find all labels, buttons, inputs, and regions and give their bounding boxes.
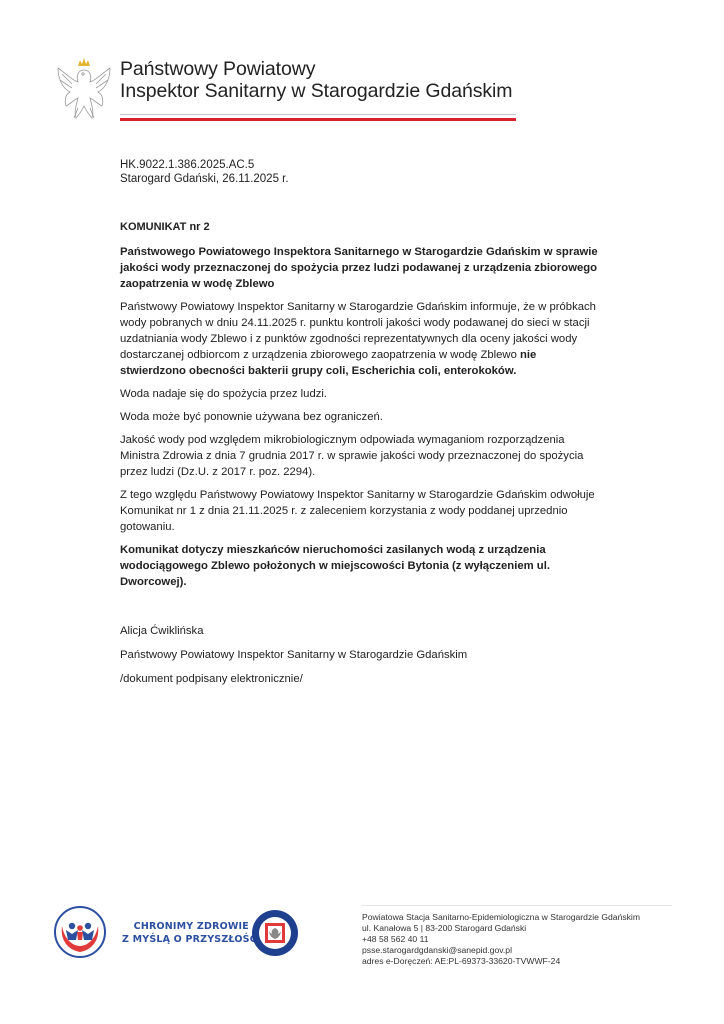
paragraph-revocation: Z tego względu Państwowy Powiatowy Inspe… — [120, 487, 600, 535]
campaign-logo-icon — [52, 904, 108, 960]
reference-number: HK.9022.1.386.2025.AC.5 — [120, 158, 289, 172]
document-meta: HK.9022.1.386.2025.AC.5 Starogard Gdańsk… — [120, 158, 289, 186]
footer-contact: Powiatowa Stacja Sanitarno-Epidemiologic… — [362, 905, 672, 967]
sanitary-inspection-badge-icon — [250, 908, 300, 958]
campaign-slogan: CHRONIMY ZDROWIE Z MYŚLĄ O PRZYSZŁOŚCI — [122, 920, 261, 946]
footer-institution: Powiatowa Stacja Sanitarno-Epidemiologic… — [362, 912, 672, 923]
institution-name-line2: Inspektor Sanitarny w Starogardzie Gdańs… — [120, 80, 512, 102]
header-divider-red — [120, 118, 516, 121]
document-title: KOMUNIKAT nr 2 — [120, 219, 600, 235]
signature-note: /dokument podpisany elektronicznie/ — [120, 671, 600, 687]
document-body: KOMUNIKAT nr 2 Państwowego Powiatowego I… — [120, 219, 600, 695]
signatory-position: Państwowy Powiatowy Inspektor Sanitarny … — [120, 647, 600, 663]
footer-email: psse.starogardgdanski@sanepid.gov.pl — [362, 945, 672, 956]
footer-divider — [362, 905, 672, 906]
place-date: Starogard Gdański, 26.11.2025 r. — [120, 172, 289, 186]
signature-block: Alicja Ćwiklińska Państwowy Powiatowy In… — [120, 623, 600, 687]
paragraph-findings: Państwowy Powiatowy Inspektor Sanitarny … — [120, 299, 600, 379]
slogan-line2: Z MYŚLĄ O PRZYSZŁOŚCI — [122, 933, 261, 946]
signatory-name: Alicja Ćwiklińska — [120, 623, 600, 639]
institution-name-line1: Państwowy Powiatowy — [120, 58, 512, 80]
paragraph-scope: Komunikat dotyczy mieszkańców nieruchomo… — [120, 542, 600, 590]
footer-logos: CHRONIMY ZDROWIE Z MYŚLĄ O PRZYSZŁOŚCI — [52, 902, 312, 966]
footer-address: ul. Kanałowa 5 | 83-200 Starogard Gdańsk… — [362, 923, 672, 934]
slogan-line1: CHRONIMY ZDROWIE — [122, 920, 261, 933]
paragraph-fit-for-consumption: Woda nadaje się do spożycia przez ludzi. — [120, 386, 600, 402]
paragraph-no-restrictions: Woda może być ponownie używana bez ogran… — [120, 409, 600, 425]
footer-phone: +48 58 562 40 11 — [362, 934, 672, 945]
letterhead: Państwowy Powiatowy Inspektor Sanitarny … — [52, 52, 522, 124]
paragraph-regulation: Jakość wody pod względem mikrobiologiczn… — [120, 432, 600, 480]
header-divider-grey — [120, 114, 516, 115]
document-subtitle: Państwowego Powiatowego Inspektora Sanit… — [120, 244, 600, 292]
white-eagle-emblem-icon — [52, 52, 116, 124]
footer-edelivery-address: adres e-Doręczeń: AE:PL-69373-33620-TVWW… — [362, 956, 672, 967]
institution-name: Państwowy Powiatowy Inspektor Sanitarny … — [120, 58, 512, 102]
